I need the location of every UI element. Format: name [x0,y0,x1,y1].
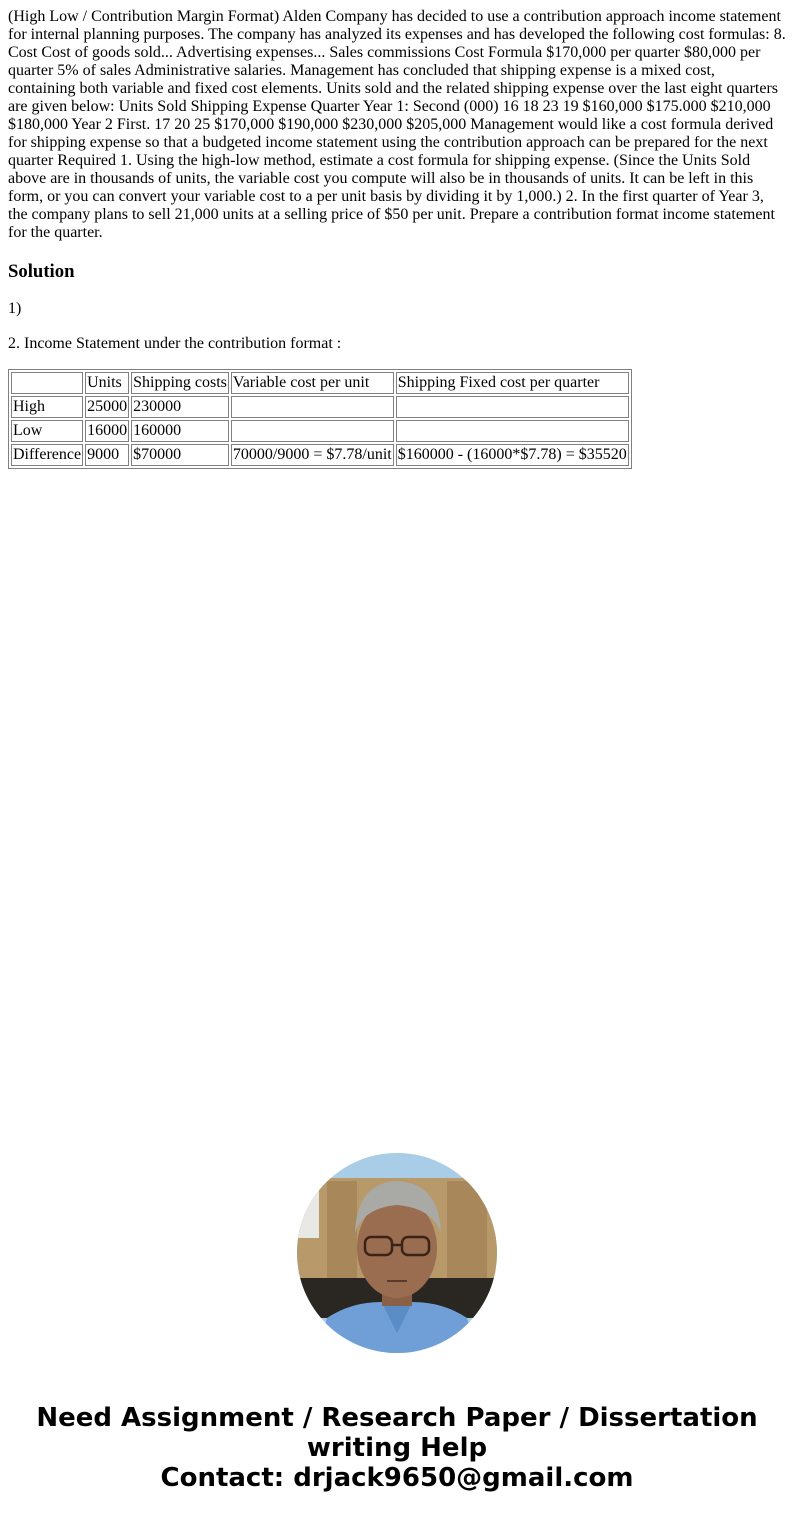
footer-contact: Contact: drjack9650@gmail.com [0,1463,794,1493]
table-cell: Difference [11,444,83,466]
header-cell: Shipping costs [131,372,229,394]
table-cell: 25000 [85,396,129,418]
question-text: (High Low / Contribution Margin Format) … [8,8,786,242]
table-cell: High [11,396,83,418]
solution-step-1: 1) [8,300,786,318]
table-cell: $160000 - (16000*$7.78) = $35520 [396,444,629,466]
footer-line-1: Need Assignment / Research Paper / Disse… [0,1403,794,1433]
avatar [297,1153,497,1353]
table-cell [396,396,629,418]
table-cell: $70000 [131,444,229,466]
footer-line-2: writing Help [0,1433,794,1463]
table-cell: 16000 [85,420,129,442]
solution-step-2: 2. Income Statement under the contributi… [8,335,786,353]
header-cell: Shipping Fixed cost per quarter [396,372,629,394]
table-cell: Low [11,420,83,442]
table-cell: 9000 [85,444,129,466]
table-cell: 160000 [131,420,229,442]
table-cell: 70000/9000 = $7.78/unit [231,444,394,466]
header-cell [11,372,83,394]
header-cell: Variable cost per unit [231,372,394,394]
portrait-photo-icon [297,1153,497,1353]
table-row: High 25000 230000 [11,396,629,418]
document-content: (High Low / Contribution Margin Format) … [0,0,794,469]
solution-heading: Solution [8,261,786,283]
footer-promo: Need Assignment / Research Paper / Disse… [0,1403,794,1493]
table-row: Difference 9000 $70000 70000/9000 = $7.7… [11,444,629,466]
table-row: Low 16000 160000 [11,420,629,442]
high-low-table: Units Shipping costs Variable cost per u… [8,369,632,469]
table-header-row: Units Shipping costs Variable cost per u… [11,372,629,394]
table-cell [231,420,394,442]
table-cell: 230000 [131,396,229,418]
table-cell [396,420,629,442]
table-cell [231,396,394,418]
header-cell: Units [85,372,129,394]
